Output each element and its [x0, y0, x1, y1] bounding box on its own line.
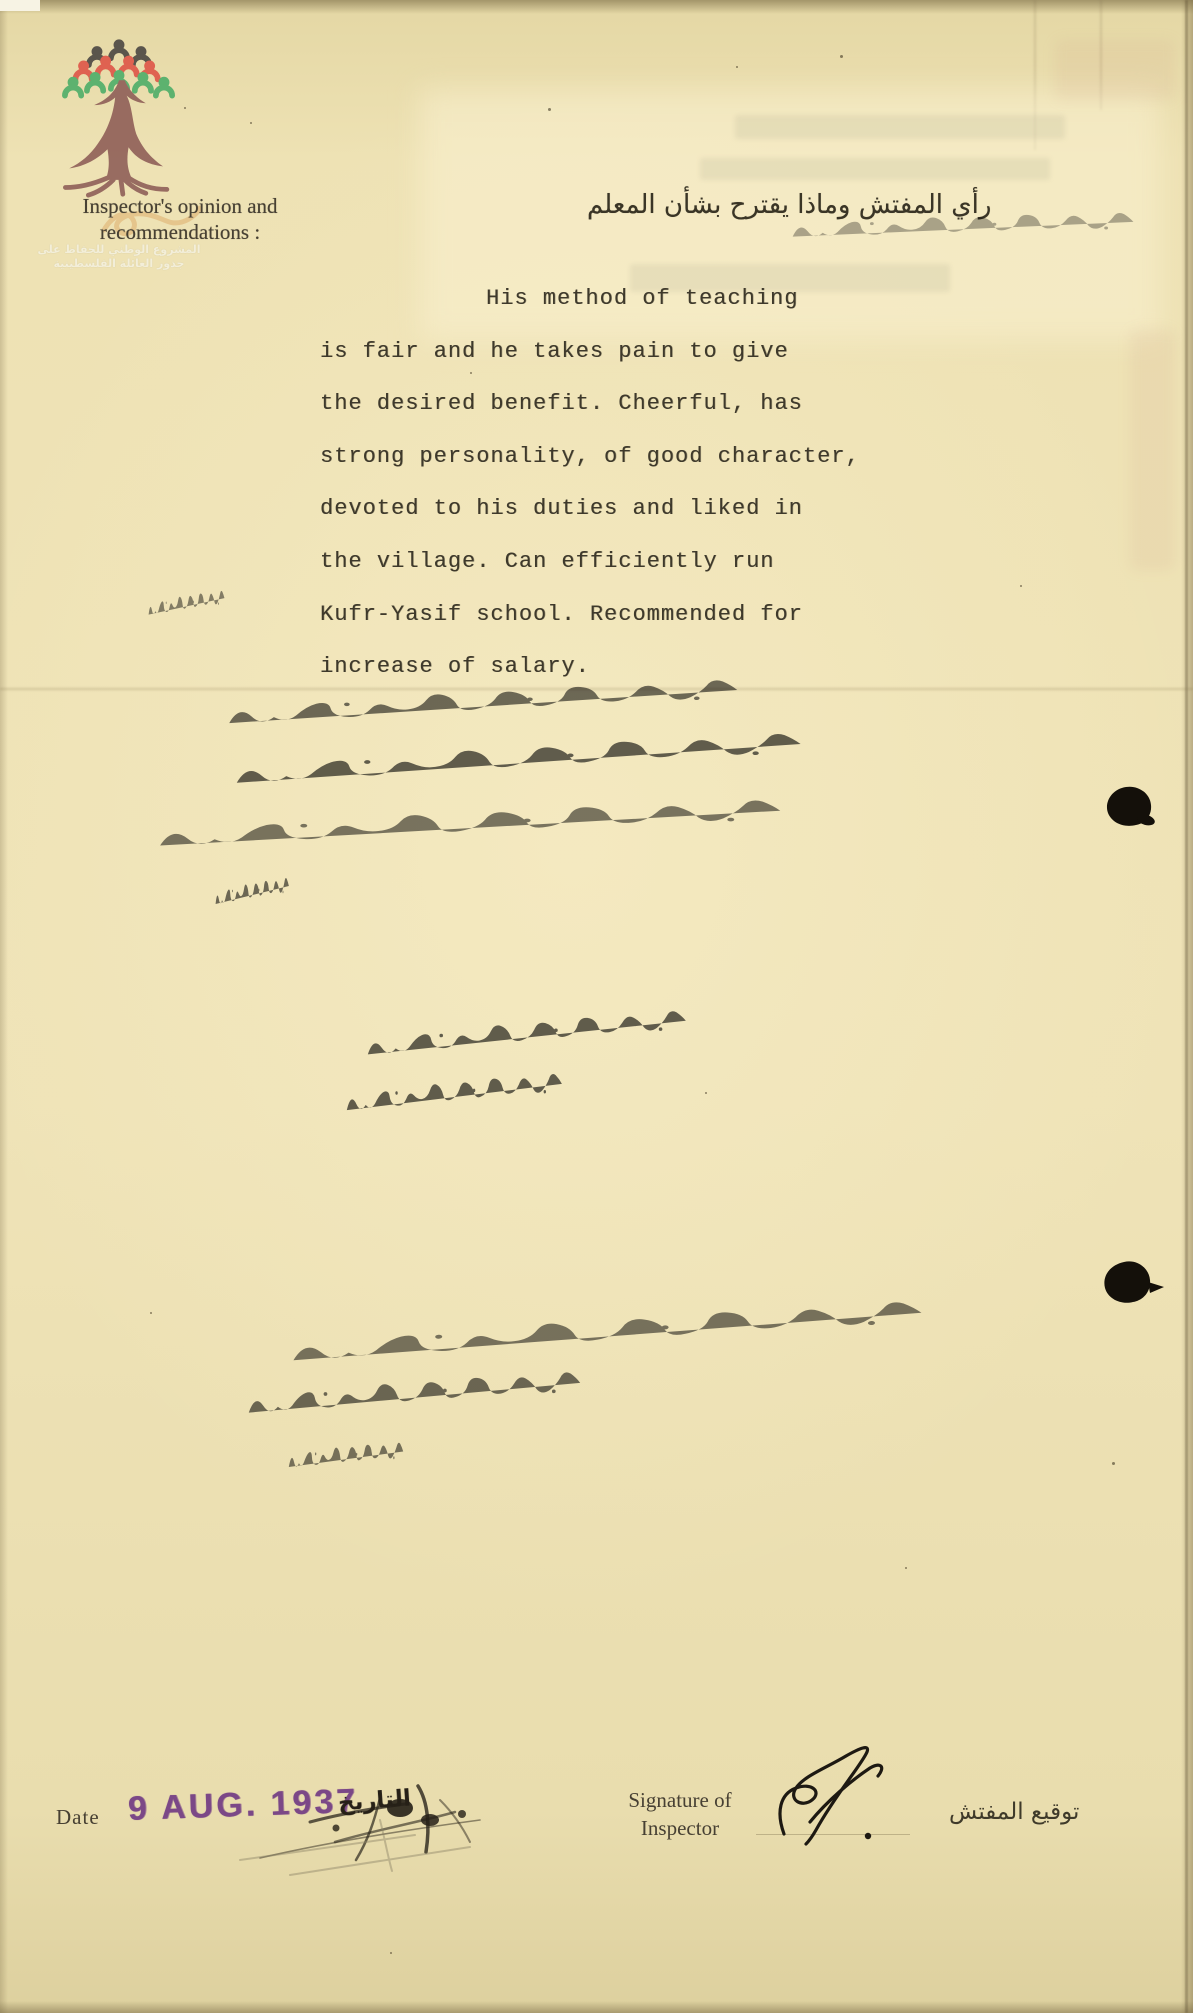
arabic-pencil-note-line — [155, 812, 875, 857]
arabic-pencil-note-line — [288, 1312, 1019, 1371]
paper-speck — [150, 1312, 152, 1314]
arabic-pencil-note-line — [365, 1022, 736, 1065]
typed-line: the village. Can efficiently run — [320, 549, 860, 602]
scan-corner-sliver — [0, 0, 40, 11]
paper-speck — [840, 55, 843, 58]
ink-blot — [1100, 785, 1162, 833]
inspector-signature — [770, 1738, 910, 1848]
typed-line: devoted to his duties and liked in — [320, 496, 860, 549]
logo-caption: المشروع الوطني للحفاظ على جذور العائلة ا… — [34, 243, 204, 271]
paper-speck — [705, 1092, 707, 1094]
paper-speck — [905, 1567, 907, 1569]
bleedthrough-text-ghost — [735, 115, 1065, 139]
ink-blot — [1098, 1258, 1168, 1312]
signature-label-line-2: Inspector — [590, 1814, 770, 1842]
typed-line: His method of teaching — [320, 286, 860, 339]
typed-line: Kufr-Yasif school. Recommended for — [320, 602, 860, 655]
arabic-pencil-note-line — [225, 691, 815, 733]
bleedthrough-handwriting-ghost — [790, 219, 1185, 251]
paper-speck — [548, 108, 551, 111]
scan-edge-top — [0, 0, 1193, 14]
heading-line-1: Inspector's opinion and — [40, 193, 320, 219]
bleedthrough-text-ghost — [700, 158, 1050, 180]
heading-line-2: recommendations : — [40, 219, 320, 245]
arabic-pencil-margin-mark — [148, 600, 236, 622]
paper-speck — [250, 122, 252, 124]
typed-report-body: His method of teaching is fair and he ta… — [320, 286, 860, 707]
typed-line: the desired benefit. Cheerful, has — [320, 391, 860, 444]
typed-line: strong personality, of good character, — [320, 444, 860, 497]
document-page: Inspector's opinion and recommendations … — [0, 0, 1193, 2013]
scan-edge-bottom — [0, 2001, 1193, 2013]
scan-edge-left — [0, 0, 8, 2013]
date-label: Date — [56, 1805, 100, 1830]
paper-speck — [390, 1952, 392, 1954]
scan-edge-line — [1185, 0, 1188, 2013]
inspector-opinion-heading: Inspector's opinion and recommendations … — [40, 193, 320, 245]
arabic-pencil-note-line — [215, 888, 300, 912]
inspector-opinion-heading-arabic: رأي المفتش وماذا يقترح بشأن المعلم — [587, 190, 1007, 220]
pencil-scribble — [230, 1815, 510, 1885]
paper-speck — [1112, 1462, 1115, 1465]
arabic-pencil-note-line — [345, 1086, 595, 1120]
signature-label-arabic: توقيع المفتش — [949, 1799, 1169, 1825]
signature-label: Signature of Inspector — [590, 1786, 770, 1842]
bleedthrough-smudge — [1055, 40, 1175, 100]
signature-label-line-1: Signature of — [590, 1786, 770, 1814]
logo-caption-line-1: المشروع الوطني للحفاظ على — [34, 243, 204, 257]
family-roots-tree-logo-icon — [52, 36, 186, 204]
logo-caption-line-2: جذور العائلة الفلسطينية — [34, 257, 204, 271]
arabic-pencil-note-line — [246, 1385, 631, 1424]
arabic-pencil-note-line — [232, 744, 888, 793]
paper-speck — [736, 66, 738, 68]
date-label-arabic: التاريخ — [337, 1785, 412, 1816]
bleedthrough-smudge — [1130, 330, 1175, 570]
paper-speck — [1020, 585, 1022, 587]
arabic-pencil-note-line — [288, 1450, 421, 1481]
typed-line: is fair and he takes pain to give — [320, 339, 860, 392]
